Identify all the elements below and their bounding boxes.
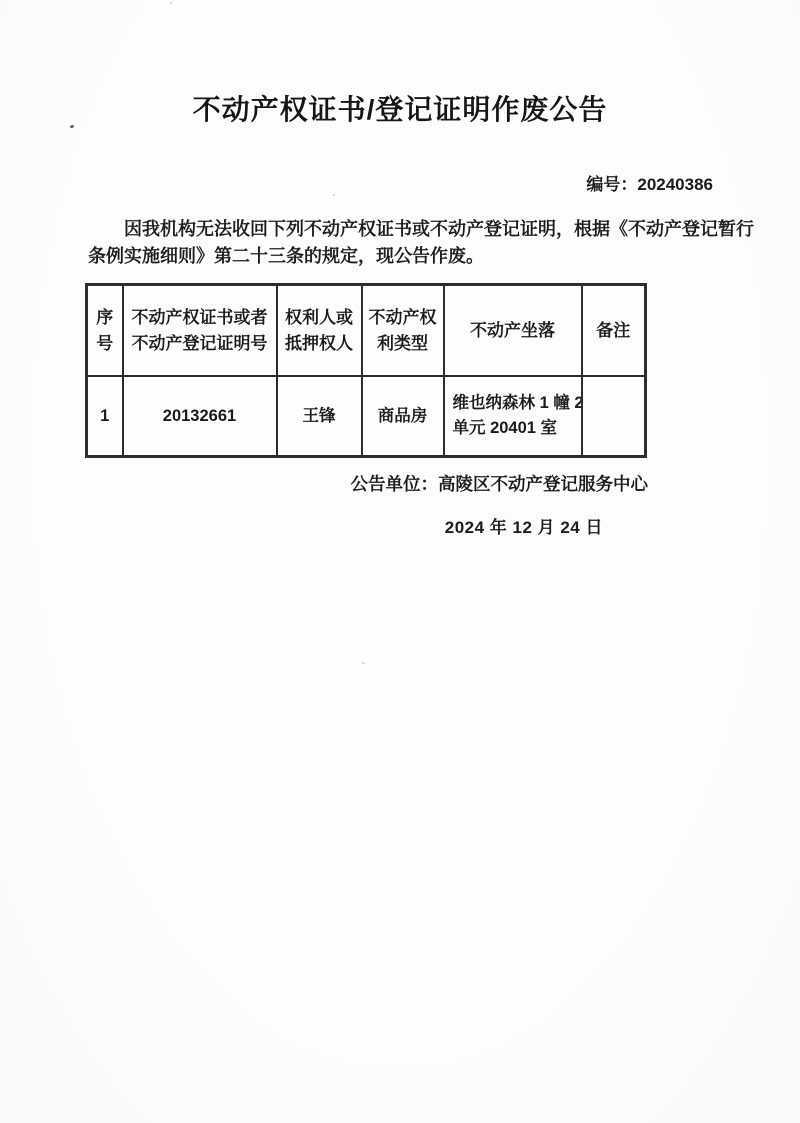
col-header-remark: 备注: [582, 285, 646, 377]
cell-right-type: 商品房: [362, 376, 444, 457]
cell-location: 维也纳森林 1 幢 2 单元 20401 室: [444, 376, 582, 457]
doc-number: 编号：20240386: [586, 170, 713, 195]
col-header-right-type: 不动产权 利类型: [362, 285, 444, 377]
scan-speckle: [170, 2, 172, 4]
col-header-holder: 权利人或 抵押权人: [277, 285, 362, 377]
issuer-line: 公告单位：高陵区不动产登记服务中心: [351, 471, 649, 496]
table-row: 1 20132661 王锋 商品房 维也纳森林 1 幢 2 单元 20401 室: [87, 376, 646, 457]
cell-holder: 王锋: [277, 376, 362, 457]
page-title: 不动产权证书/登记证明作废公告: [0, 88, 800, 128]
col-header-location: 不动产坐落: [444, 285, 582, 377]
cell-seq: 1: [87, 376, 123, 457]
col-header-cert-no: 不动产权证书或者 不动产登记证明号: [123, 285, 277, 377]
col-header-seq: 序 号: [87, 285, 123, 377]
date-line: 2024 年 12 月 24 日: [445, 513, 603, 538]
body-paragraph: 因我机构无法收回下列不动产权证书或不动产登记证明，根据《不动产登记暂行 条例实施…: [88, 216, 748, 270]
cell-cert-no: 20132661: [123, 376, 277, 457]
scan-speckle: [362, 662, 365, 664]
cell-remark: [582, 376, 646, 457]
scanned-notice-page: 不动产权证书/登记证明作废公告 编号：20240386 因我机构无法收回下列不动…: [0, 0, 800, 1123]
table-header-row: 序 号 不动产权证书或者 不动产登记证明号 权利人或 抵押权人 不动产权 利类型…: [87, 285, 646, 377]
certificates-table: 序 号 不动产权证书或者 不动产登记证明号 权利人或 抵押权人 不动产权 利类型…: [85, 283, 647, 458]
scan-speckle: [333, 194, 335, 196]
